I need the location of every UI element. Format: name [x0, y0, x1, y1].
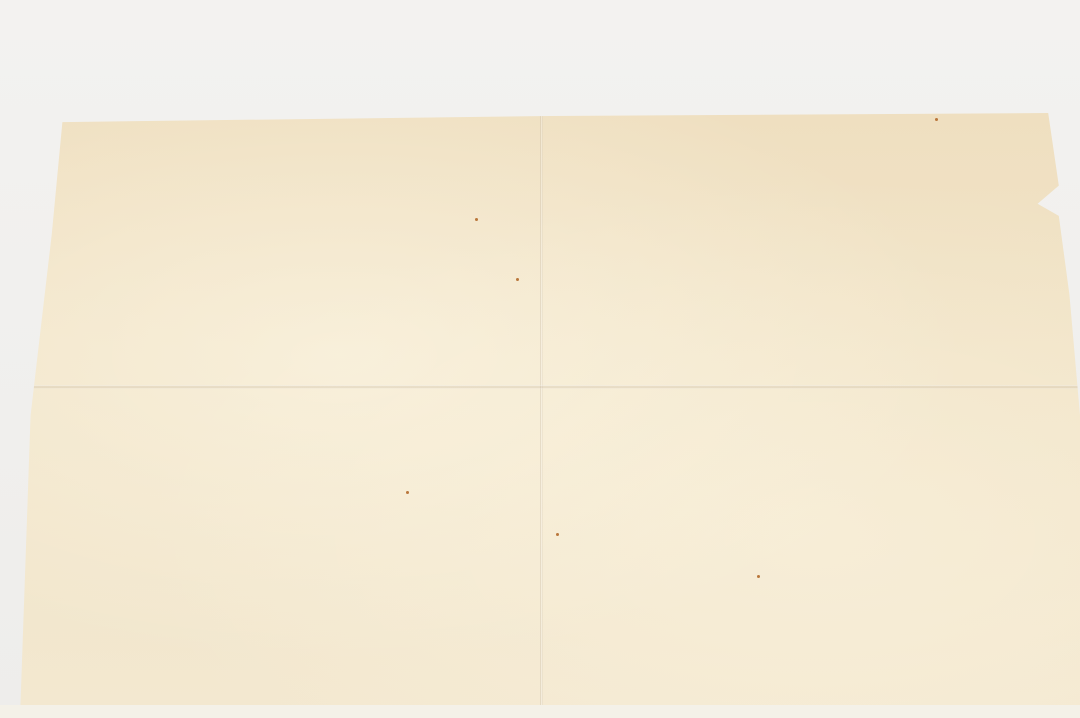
foxing-spot: [475, 218, 478, 221]
foxing-spot: [935, 118, 938, 121]
foxing-spot: [406, 491, 409, 494]
horizontal-fold-crease: [20, 385, 1080, 389]
paper-sheet: [20, 113, 1080, 718]
underlying-sheet-edge: [0, 705, 1080, 718]
foxing-spot: [757, 575, 760, 578]
vertical-fold-crease: [540, 113, 543, 718]
foxing-spot: [516, 278, 519, 281]
foxing-spot: [556, 533, 559, 536]
